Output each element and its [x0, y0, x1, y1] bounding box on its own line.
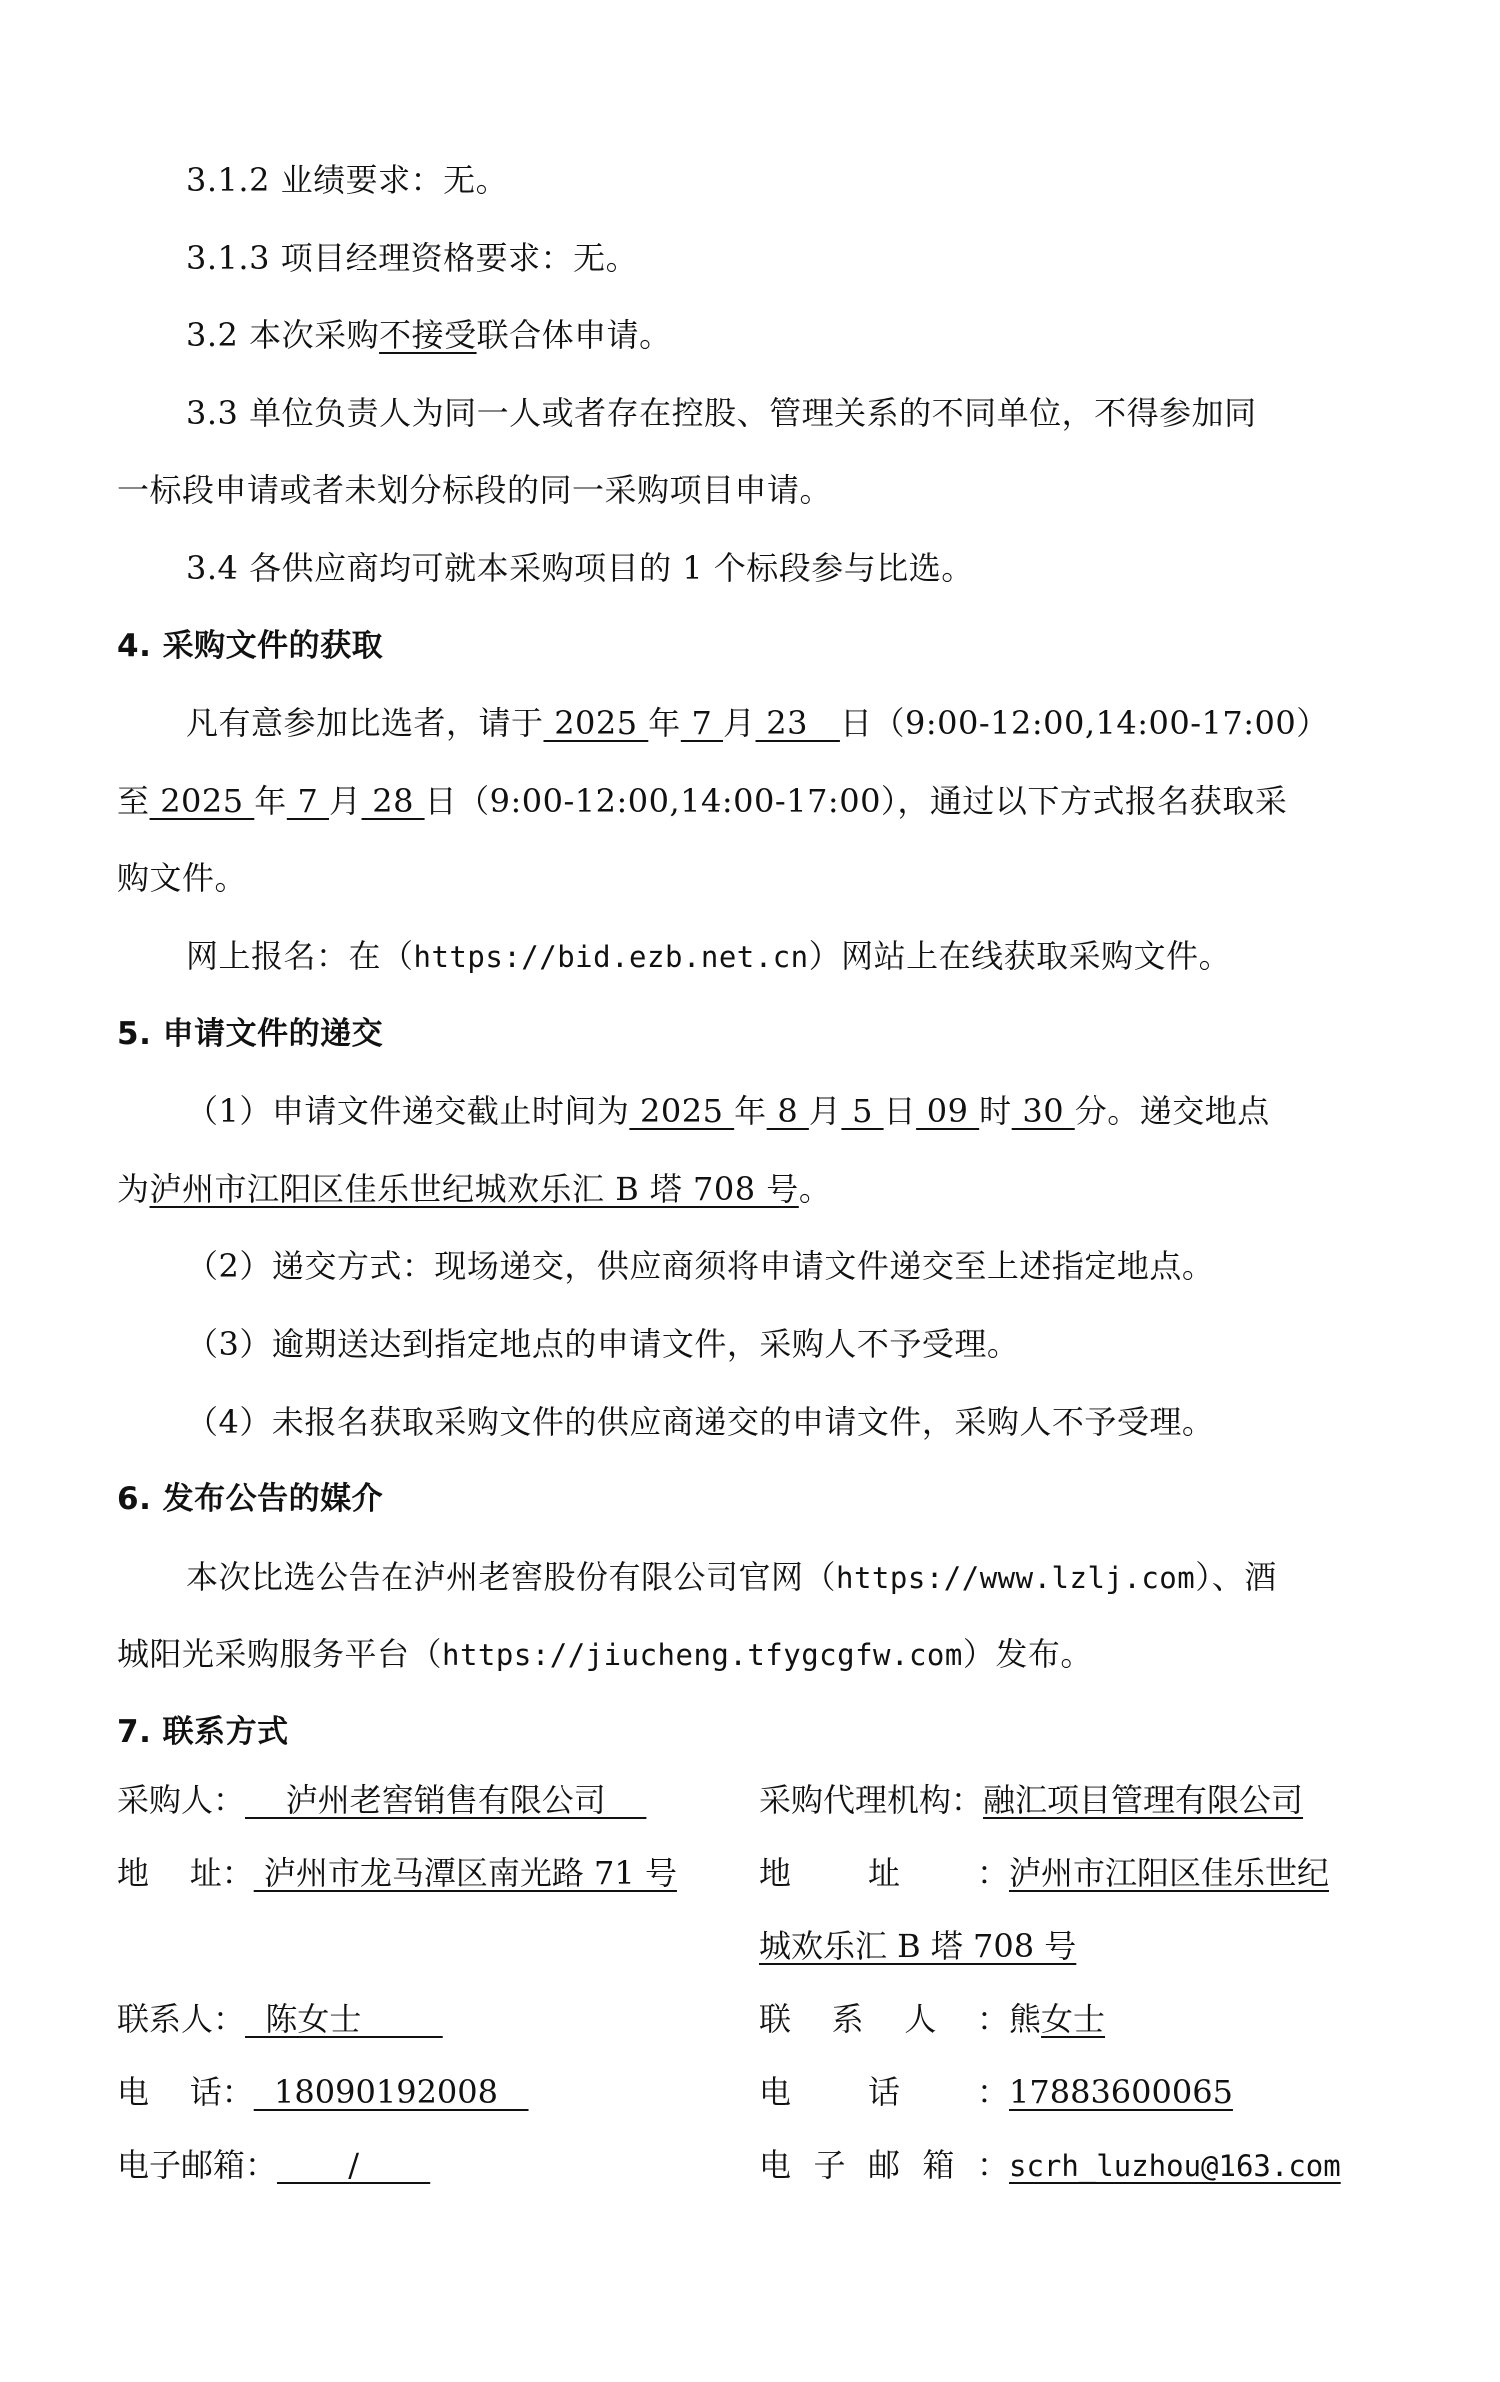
- to-label: 至: [117, 782, 150, 820]
- para-text: 。: [799, 1170, 832, 1208]
- section-6-line2: 城阳光采购服务平台（https://jiucheng.tfygcgfw.com）…: [117, 1624, 1367, 1702]
- agency-email: 电子邮箱：scrh_luzhou@163.com: [759, 2135, 1369, 2196]
- minute-label: 分: [1075, 1092, 1108, 1130]
- clause-text: 3.2 本次采购: [186, 316, 379, 354]
- hours-text: （9:00-12:00,14:00-17:00），通过以下方式报名获取采: [457, 782, 1287, 820]
- section-4-para-line1: 凡有意参加比选者，请于 2025 年 7 月 23 日（9:00-12:00,1…: [117, 693, 1367, 771]
- contact-row-phone: 电 话： 18090192008 电话：17883600065: [117, 2062, 1367, 2135]
- section-5-item4: （4）未报名获取采购文件的供应商递交的申请文件，采购人不予受理。: [117, 1392, 1367, 1470]
- agency-address-cont: 城欢乐汇 B 塔 708 号: [759, 1916, 1369, 1976]
- clause-text: 3.1.2 业绩要求：无。: [186, 161, 508, 199]
- para-text: 本次比选公告在泸州老窖股份有限公司官网（: [186, 1558, 836, 1596]
- section-4-heading: 4. 采购文件的获取: [117, 616, 1367, 694]
- month-label: 月: [329, 782, 362, 820]
- agency-name: 采购代理机构：融汇项目管理有限公司: [759, 1770, 1369, 1830]
- purchaser-address: 地 址： 泸州市龙马潭区南光路 71 号: [117, 1843, 727, 1903]
- purchaser-phone: 电 话： 18090192008: [117, 2062, 727, 2122]
- purchaser-phone-value: 18090192008: [254, 2062, 529, 2122]
- document-body: 3.1.2 业绩要求：无。 3.1.3 项目经理资格要求：无。 3.2 本次采购…: [117, 150, 1367, 1779]
- contact-row-name: 采购人： 泸州老窖销售有限公司 采购代理机构：融汇项目管理有限公司: [117, 1770, 1367, 1843]
- agency-name-value: 融汇项目管理有限公司: [983, 1781, 1303, 1819]
- label: 地 址：: [117, 1843, 254, 1903]
- para-text: ）网站上在线获取采购文件。: [809, 937, 1232, 975]
- para-text: 为: [117, 1170, 150, 1208]
- section-4-online: 网上报名：在（https://bid.ezb.net.cn）网站上在线获取采购文…: [117, 926, 1367, 1004]
- end-day: 28: [362, 771, 425, 831]
- start-year: 2025: [544, 693, 649, 753]
- lzlj-site-link[interactable]: https://www.lzlj.com: [836, 1561, 1195, 1595]
- agency-address-value-cont: 城欢乐汇 B 塔 708 号: [759, 1927, 1076, 1965]
- agency-contact: 联系人：熊女士: [759, 1989, 1369, 2049]
- clause-text: 一标段申请或者未划分标段的同一采购项目申请。: [117, 471, 832, 509]
- clause-3-3: 3.3 单位负责人为同一人或者存在控股、管理关系的不同单位，不得参加同: [117, 383, 1367, 461]
- section-6-line1: 本次比选公告在泸州老窖股份有限公司官网（https://www.lzlj.com…: [117, 1547, 1367, 1625]
- para-text: ）发布。: [963, 1635, 1093, 1673]
- agency-contact-title: 女士: [1041, 2000, 1105, 2038]
- section-5-item3: （3）逾期送达到指定地点的申请文件，采购人不予受理。: [117, 1314, 1367, 1392]
- contact-table: 采购人： 泸州老窖销售有限公司 采购代理机构：融汇项目管理有限公司 地 址： 泸…: [117, 1770, 1367, 2208]
- purchaser-email-value: /: [277, 2135, 430, 2195]
- year-label: 年: [254, 782, 287, 820]
- purchaser-email: 电子邮箱： /: [117, 2135, 727, 2195]
- month-label: 月: [809, 1092, 842, 1130]
- year-label: 年: [734, 1092, 767, 1130]
- contact-row-email: 电子邮箱： / 电子邮箱：scrh_luzhou@163.com: [117, 2135, 1367, 2208]
- section-4-para-line3: 购文件。: [117, 848, 1367, 926]
- clause-3-1-2: 3.1.2 业绩要求：无。: [117, 150, 1367, 228]
- label: 地址：: [759, 1843, 1009, 1903]
- para-text: 。递交地点: [1107, 1092, 1270, 1130]
- hours-text: （9:00-12:00,14:00-17:00）: [872, 704, 1328, 742]
- para-text: ）、酒: [1195, 1558, 1277, 1596]
- label: 电 话：: [117, 2062, 254, 2122]
- agency-address: 地址：泸州市江阳区佳乐世纪: [759, 1843, 1369, 1903]
- deadline-day: 5: [841, 1081, 883, 1141]
- jiucheng-site-link[interactable]: https://jiucheng.tfygcgfw.com: [442, 1638, 963, 1672]
- purchaser-contact-value: 陈女士: [245, 1989, 443, 2049]
- deadline-hour: 09: [916, 1081, 979, 1141]
- para-text: （1）申请文件递交截止时间为: [186, 1092, 629, 1130]
- section-5-item1-line2: 为泸州市江阳区佳乐世纪城欢乐汇 B 塔 708 号。: [117, 1159, 1367, 1237]
- clause-text: 3.3 单位负责人为同一人或者存在控股、管理关系的不同单位，不得参加同: [186, 394, 1257, 432]
- label: 采购代理机构：: [759, 1770, 983, 1830]
- para-text: 网上报名：在（: [186, 937, 414, 975]
- para-text: 购文件。: [117, 859, 247, 897]
- section-6-heading: 6. 发布公告的媒介: [117, 1469, 1367, 1547]
- purchaser-name-value: 泸州老窖销售有限公司: [245, 1770, 646, 1830]
- end-year: 2025: [150, 771, 255, 831]
- section-5-heading: 5. 申请文件的递交: [117, 1004, 1367, 1082]
- agency-address-value: 泸州市江阳区佳乐世纪: [1009, 1854, 1329, 1892]
- purchaser-contact: 联系人： 陈女士: [117, 1989, 727, 2049]
- purchaser-address-value: 泸州市龙马潭区南光路 71 号: [254, 1843, 677, 1903]
- para-text: （2）递交方式：现场递交，供应商须将申请文件递交至上述指定地点。: [186, 1247, 1214, 1285]
- clause-text: 联合体申请。: [477, 316, 672, 354]
- start-month: 7: [681, 693, 723, 753]
- label: 电子邮箱：: [759, 2135, 1009, 2195]
- year-label: 年: [648, 704, 681, 742]
- contact-row-address-cont: 城欢乐汇 B 塔 708 号: [117, 1916, 1367, 1989]
- clause-text: 3.4 各供应商均可就本采购项目的 1 个标段参与比选。: [186, 549, 974, 587]
- section-5-item1-line1: （1）申请文件递交截止时间为 2025 年 8 月 5 日 09 时 30 分。…: [117, 1081, 1367, 1159]
- day-label: 日: [425, 782, 458, 820]
- para-text: （3）逾期送达到指定地点的申请文件，采购人不予受理。: [186, 1325, 1019, 1363]
- para-text: 城阳光采购服务平台（: [117, 1635, 442, 1673]
- clause-3-3-cont: 一标段申请或者未划分标段的同一采购项目申请。: [117, 460, 1367, 538]
- label: 联系人：: [759, 1989, 1009, 2049]
- agency-phone: 电话：17883600065: [759, 2062, 1369, 2122]
- label: 采购人：: [117, 1770, 245, 1830]
- purchaser-name: 采购人： 泸州老窖销售有限公司: [117, 1770, 727, 1830]
- label: 电话：: [759, 2062, 1009, 2122]
- start-day: 23: [756, 693, 840, 753]
- agency-contact-surname: 熊: [1009, 2000, 1041, 2038]
- contact-row-address: 地 址： 泸州市龙马潭区南光路 71 号 地址：泸州市江阳区佳乐世纪: [117, 1843, 1367, 1916]
- section-7-heading: 7. 联系方式: [117, 1702, 1367, 1780]
- bid-site-link[interactable]: https://bid.ezb.net.cn: [414, 940, 809, 974]
- underlined-term: 不接受: [379, 316, 477, 354]
- day-label: 日: [840, 704, 873, 742]
- para-text: 凡有意参加比选者，请于: [186, 704, 544, 742]
- deadline-minute: 30: [1012, 1081, 1075, 1141]
- section-5-item2: （2）递交方式：现场递交，供应商须将申请文件递交至上述指定地点。: [117, 1236, 1367, 1314]
- submission-location: 泸州市江阳区佳乐世纪城欢乐汇 B 塔 708 号: [150, 1170, 799, 1208]
- end-month: 7: [287, 771, 329, 831]
- deadline-month: 8: [767, 1081, 809, 1141]
- clause-3-4: 3.4 各供应商均可就本采购项目的 1 个标段参与比选。: [117, 538, 1367, 616]
- month-label: 月: [723, 704, 756, 742]
- agency-email-link[interactable]: scrh_luzhou@163.com: [1009, 2149, 1341, 2183]
- contact-row-person: 联系人： 陈女士 联系人：熊女士: [117, 1989, 1367, 2062]
- clause-3-1-3: 3.1.3 项目经理资格要求：无。: [117, 228, 1367, 306]
- clause-text: 3.1.3 项目经理资格要求：无。: [186, 239, 638, 277]
- hour-label: 时: [979, 1092, 1012, 1130]
- agency-phone-value: 17883600065: [1009, 2073, 1233, 2111]
- label: 联系人：: [117, 1989, 245, 2049]
- para-text: （4）未报名获取采购文件的供应商递交的申请文件，采购人不予受理。: [186, 1403, 1214, 1441]
- day-label: 日: [884, 1092, 917, 1130]
- clause-3-2: 3.2 本次采购不接受联合体申请。: [117, 305, 1367, 383]
- label: 电子邮箱：: [117, 2135, 277, 2195]
- deadline-year: 2025: [629, 1081, 734, 1141]
- section-4-para-line2: 至 2025 年 7 月 28 日（9:00-12:00,14:00-17:00…: [117, 771, 1367, 849]
